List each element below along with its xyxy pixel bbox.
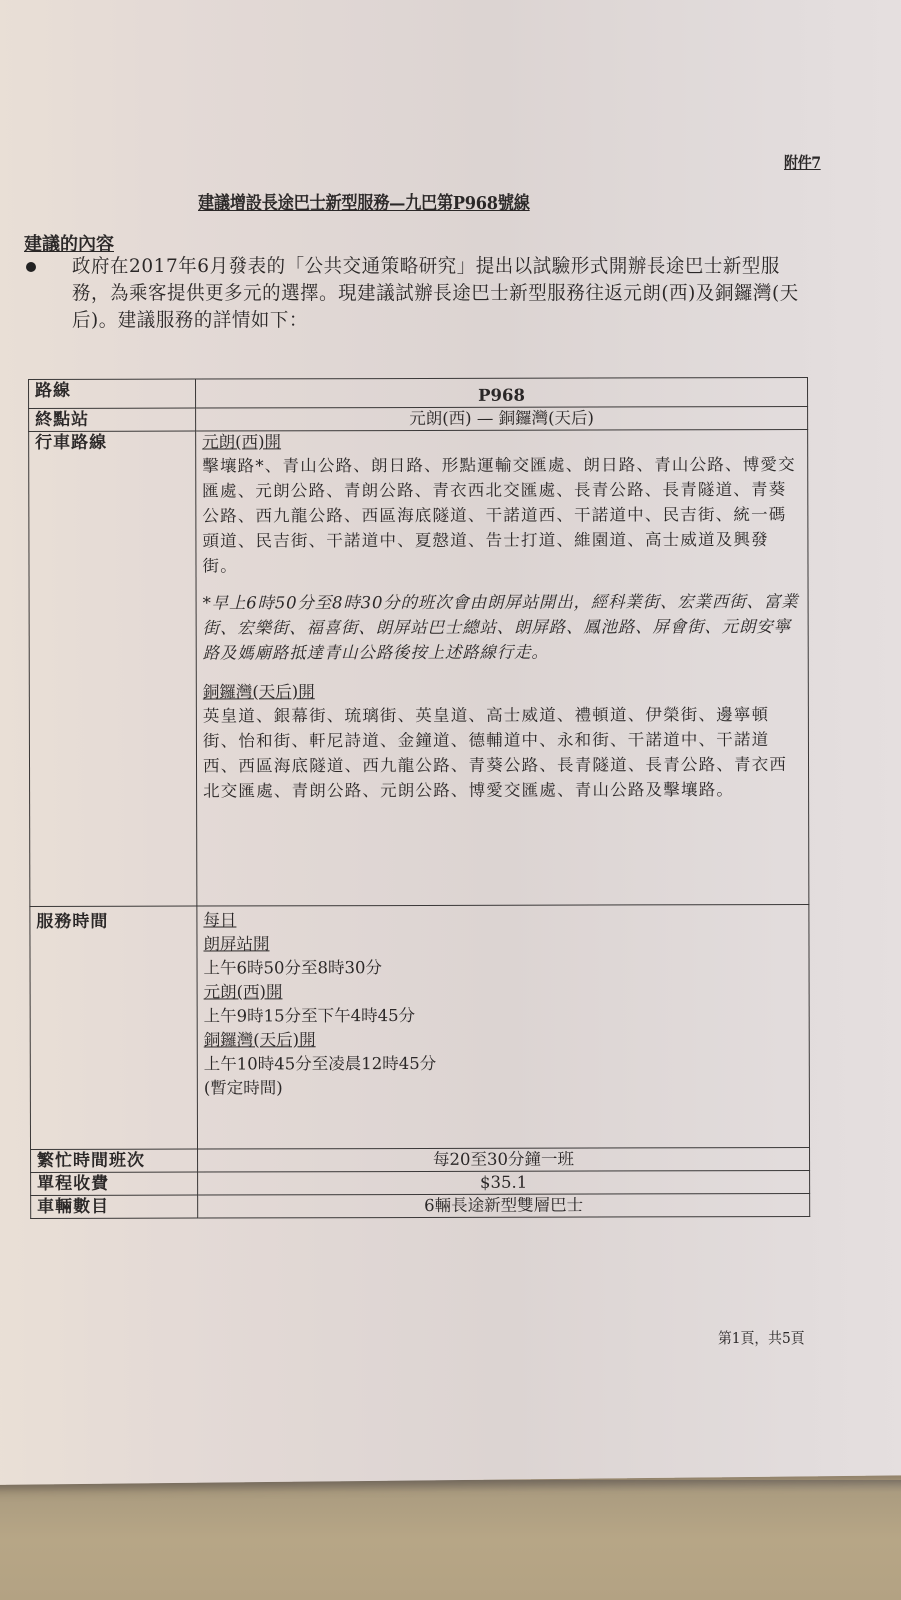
table-row-fare: 單程收費 $35.1 xyxy=(31,1170,810,1195)
peak-frequency-label: 繁忙時間班次 xyxy=(31,1149,198,1172)
intro-paragraph: 政府在2017年6月發表的「公共交通策略研究」提出以試驗形式開辦長途巴士新型服務… xyxy=(72,253,809,334)
service-hours-cell: 每日 朗屏站開 上午6時50分至8時30分 元朗(西)開 上午9時15分至下午4… xyxy=(197,904,810,1149)
routing-cell: 元朗(西)開 擊壤路*、青山公路、朗日路、形點運輸交匯處、朗日路、青山公路、博愛… xyxy=(196,429,809,906)
table-row-peak-frequency: 繁忙時間班次 每20至30分鐘一班 xyxy=(31,1147,810,1172)
termini-label: 終點站 xyxy=(29,408,196,431)
causeway-bay-heading: 銅鑼灣(天后)開 xyxy=(204,1027,803,1053)
termini-value: 元朗(西) — 銅鑼灣(天后) xyxy=(196,406,808,431)
routing-label: 行車路線 xyxy=(29,431,197,906)
fare-value: $35.1 xyxy=(198,1170,810,1195)
daily-heading: 每日 xyxy=(203,907,802,933)
routing-heading-yuen-long: 元朗(西)開 xyxy=(202,430,801,454)
service-hours-label: 服務時間 xyxy=(30,906,198,1149)
long-ping-heading: 朗屏站開 xyxy=(203,931,802,957)
table-row-service-hours: 服務時間 每日 朗屏站開 上午6時50分至8時30分 元朗(西)開 上午9時15… xyxy=(30,904,810,1149)
yuen-long-heading: 元朗(西)開 xyxy=(204,979,803,1005)
routing-heading-causeway-bay: 銅鑼灣(天后)開 xyxy=(203,680,802,704)
page-footer: 第1頁，共5頁 xyxy=(718,1327,805,1348)
table-row-termini: 終點站 元朗(西) — 銅鑼灣(天后) xyxy=(29,406,808,431)
routing-footnote: *早上6時50分至8時30分的班次會由朗屏站開出，經科業街、宏業西街、富業街、宏… xyxy=(203,589,802,666)
routing-streets-causeway-bay: 英皇道、銀幕街、琉璃街、英皇道、高士威道、禮頓道、伊榮街、邊寧頓街、怡和街、軒尼… xyxy=(203,702,802,804)
fleet-label: 車輛數目 xyxy=(31,1195,198,1218)
route-label: 路線 xyxy=(29,379,196,408)
bullet-icon xyxy=(26,262,36,272)
table-row-route: 路線 P968 xyxy=(29,377,808,408)
table-row-routing: 行車路線 元朗(西)開 擊壤路*、青山公路、朗日路、形點運輸交匯處、朗日路、青山… xyxy=(29,429,809,906)
annex-label: 附件7 xyxy=(784,150,821,173)
service-details-table: 路線 P968 終點站 元朗(西) — 銅鑼灣(天后) 行車路線 元朗(西)開 … xyxy=(28,377,810,1219)
long-ping-hours: 上午6時50分至8時30分 xyxy=(204,955,803,981)
peak-frequency-value: 每20至30分鐘一班 xyxy=(198,1147,810,1172)
route-value: P968 xyxy=(196,377,808,408)
fleet-value: 6輛長途新型雙層巴士 xyxy=(198,1193,810,1218)
tentative-note: (暫定時間) xyxy=(204,1075,803,1101)
document-page: 附件7 建議增設長途巴士新型服務—九巴第P968號線 建議的內容 政府在2017… xyxy=(0,0,901,1600)
document-title: 建議增設長途巴士新型服務—九巴第P968號線 xyxy=(198,189,530,215)
causeway-bay-hours: 上午10時45分至凌晨12時45分 xyxy=(204,1051,803,1077)
routing-streets-yuen-long: 擊壤路*、青山公路、朗日路、形點運輸交匯處、朗日路、青山公路、博愛交匯處、元朗公… xyxy=(202,452,801,579)
fare-label: 單程收費 xyxy=(31,1172,198,1195)
yuen-long-hours: 上午9時15分至下午4時45分 xyxy=(204,1003,803,1029)
table-row-fleet: 車輛數目 6輛長途新型雙層巴士 xyxy=(31,1193,810,1218)
